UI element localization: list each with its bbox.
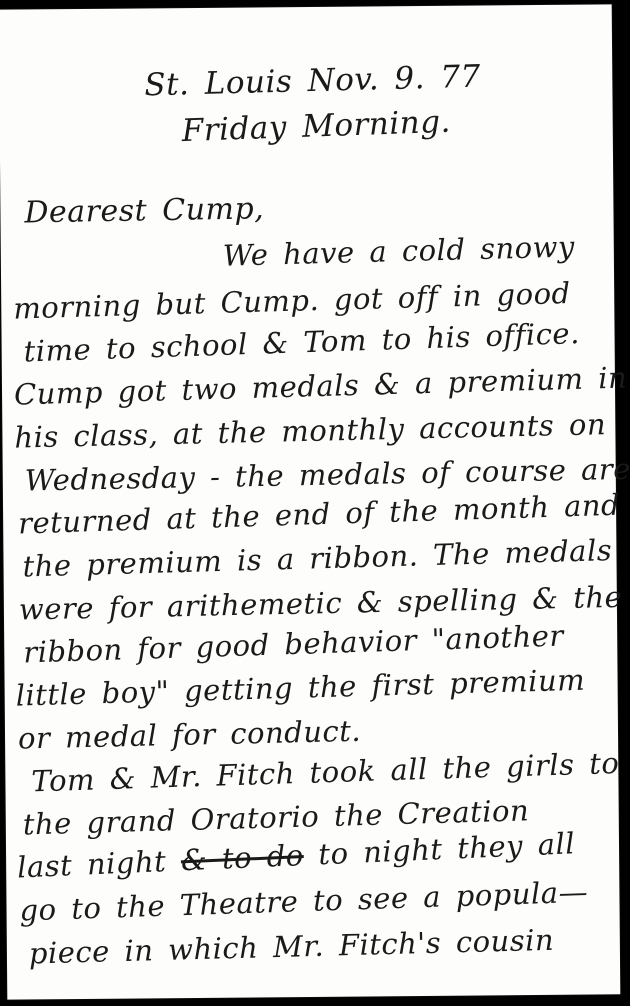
opening-line: We have a cold snowy: [222, 224, 614, 278]
struck-out-text: & to do: [180, 838, 304, 877]
letter-content: St. Louis Nov. 9. 77 Friday Morning. Dea…: [0, 4, 620, 999]
letter-body: morning but Cump. got off in good time t…: [1, 282, 620, 975]
line-text: last night: [16, 843, 181, 884]
letter-page: St. Louis Nov. 9. 77 Friday Morning. Dea…: [0, 4, 620, 999]
scanned-letter: St. Louis Nov. 9. 77 Friday Morning. Dea…: [0, 0, 630, 1006]
line-text: to night they all: [303, 826, 576, 872]
